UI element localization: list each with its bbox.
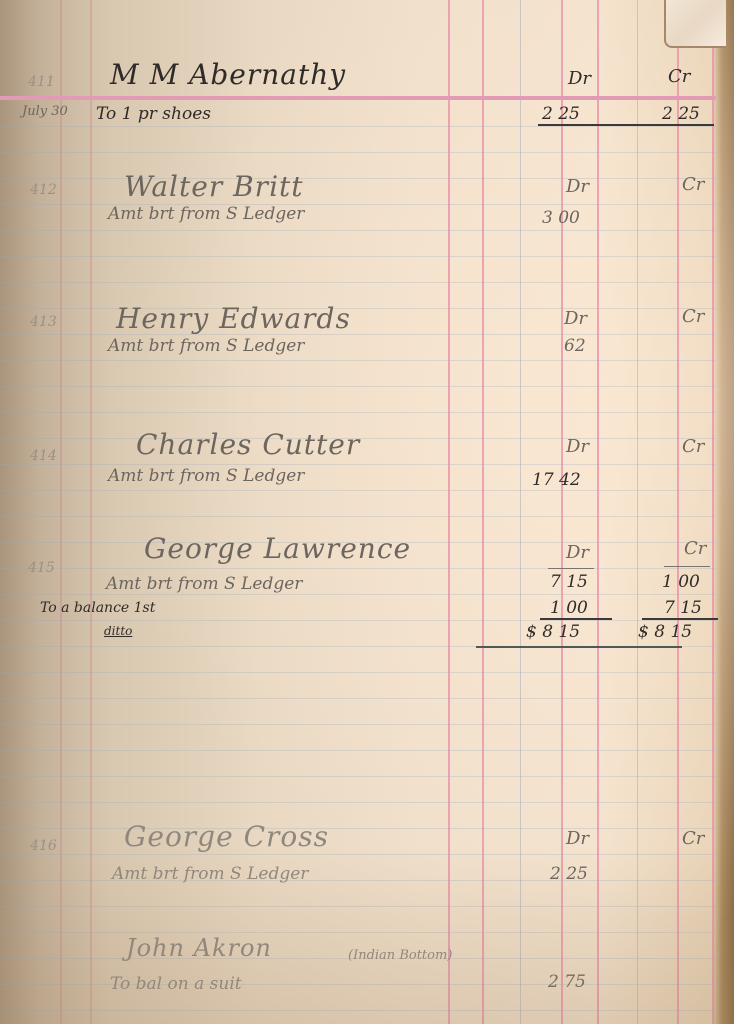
- account-name: John Akron: [126, 934, 272, 962]
- account-name: Walter Britt: [124, 170, 304, 203]
- folio-number: 414: [30, 448, 57, 464]
- entry-description: Amt brt from S Ledger: [108, 466, 304, 486]
- balance-rule: [538, 124, 714, 126]
- credit-header: Cr: [684, 538, 706, 559]
- name-note: (Indian Bottom): [348, 948, 452, 963]
- credit-header: Cr: [682, 174, 704, 195]
- debit-header: Dr: [566, 542, 589, 563]
- account-name: George Cross: [124, 820, 329, 853]
- folio-number: 416: [30, 838, 57, 854]
- credit-line: 7 15: [664, 598, 702, 618]
- folio-number: 415: [28, 560, 55, 576]
- account-name: M M Abernathy: [110, 58, 346, 91]
- folio-number: 411: [28, 74, 55, 90]
- ledger-page: 411 M M Abernathy Dr Cr July 30 To 1 pr …: [0, 0, 734, 1024]
- debit-header: Dr: [566, 436, 589, 457]
- debit-header: Dr: [566, 828, 589, 849]
- credit-amount: 2 25: [662, 104, 700, 124]
- entry-description: To bal on a suit: [110, 974, 242, 994]
- balance-note: To a balance 1st: [40, 600, 155, 616]
- credit-header: Cr: [668, 66, 690, 87]
- debit-total: $ 8 15: [526, 622, 580, 642]
- entry-description: Amt brt from S Ledger: [108, 204, 304, 224]
- header-rule: [0, 96, 716, 100]
- credit-header: Cr: [682, 306, 704, 327]
- folio-number: 413: [30, 314, 57, 330]
- debit-amount: 3 00: [542, 208, 580, 228]
- ditto-note: ditto: [104, 624, 132, 638]
- folio-number: 412: [30, 182, 57, 198]
- account-name: Charles Cutter: [136, 428, 360, 461]
- entry-description: Amt brt from S Ledger: [106, 574, 302, 594]
- page-corner-tab: [664, 0, 726, 48]
- debit-header: Dr: [568, 68, 591, 89]
- entry-description: Amt brt from S Ledger: [112, 864, 308, 884]
- debit-amount: 2 75: [548, 972, 586, 992]
- total-rule: [476, 646, 682, 648]
- debit-amount: 2 25: [550, 864, 588, 884]
- account-name: Henry Edwards: [116, 302, 351, 335]
- debit-header: Dr: [566, 176, 589, 197]
- entry-description: To 1 pr shoes: [96, 104, 211, 124]
- credit-header: Cr: [682, 436, 704, 457]
- debit-line: 7 15: [550, 572, 588, 592]
- credit-total: $ 8 15: [638, 622, 692, 642]
- entry-description: Amt brt from S Ledger: [108, 336, 304, 356]
- account-name: George Lawrence: [144, 532, 411, 565]
- debit-line: 1 00: [550, 598, 588, 618]
- debit-amount: 17 42: [532, 470, 581, 490]
- debit-amount: 2 25: [542, 104, 580, 124]
- credit-header: Cr: [682, 828, 704, 849]
- debit-amount: 62: [564, 336, 586, 356]
- entry-date: July 30: [22, 104, 68, 119]
- credit-line: 1 00: [662, 572, 700, 592]
- debit-header: Dr: [564, 308, 587, 329]
